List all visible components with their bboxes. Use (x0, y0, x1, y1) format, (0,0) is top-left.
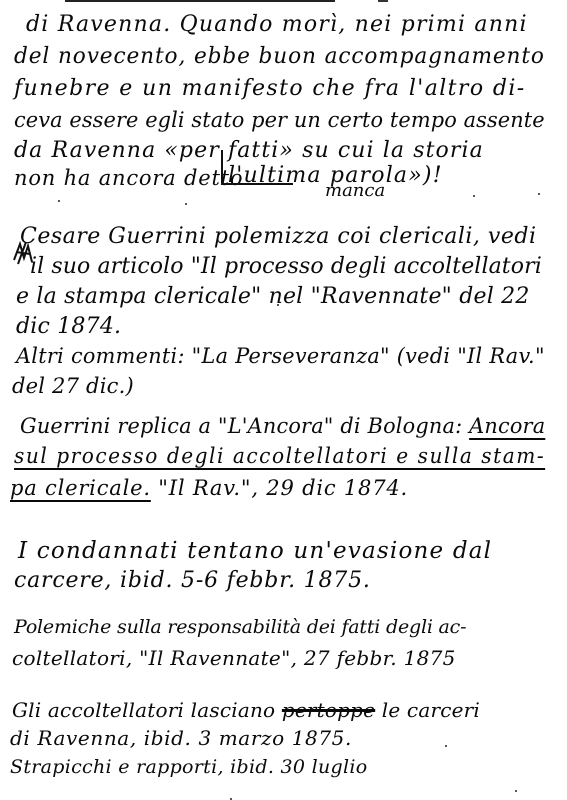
scan-speck (538, 193, 540, 195)
underlined-title: Ancora (469, 414, 545, 438)
manuscript-line: Strapicchi e rapporti, ibid. 30 luglio (10, 758, 368, 777)
underlined-title: sul processo degli accoltellatori e sull… (14, 446, 545, 467)
manuscript-line: Guerrini replica a "L'Ancora" di Bologna… (20, 416, 545, 437)
text-segment: "Il Rav.", 29 dic 1874. (151, 476, 408, 500)
manuscript-line: pa clericale. "Il Rav.", 29 dic 1874. (10, 478, 408, 499)
manuscript-line: il suo articolo "Il processo degli accol… (30, 256, 542, 278)
text-segment: le carceri (375, 698, 480, 722)
manuscript-line: e la stampa clericale" nel "Ravennate" d… (16, 286, 530, 308)
manuscript-line: Polemiche sulla responsabilità dei fatti… (14, 618, 466, 637)
cropped-rule-mark (378, 0, 388, 2)
scan-speck (58, 200, 60, 202)
manuscript-line: Cesare Guerrini polemizza coi clericali,… (20, 226, 536, 248)
manuscript-line: funebre e un manifesto che fra l'altro d… (14, 78, 526, 100)
manuscript-line: dic 1874. (16, 316, 121, 338)
underlined-title: pa clericale. (10, 476, 151, 500)
manuscript-line: di Ravenna. Quando morì, nei primi anni (26, 14, 528, 36)
scan-speck (515, 790, 517, 792)
manuscript-line: di Ravenna, ibid. 3 marzo 1875. (10, 728, 352, 748)
scan-speck (445, 745, 447, 747)
scan-speck (185, 203, 187, 205)
manuscript-line: Gli accoltellatori lasciano pertoppe le … (12, 700, 480, 720)
crossed-out-word: pertoppe (282, 698, 375, 722)
manuscript-line: del novecento, ebbe buon accompagnamento (14, 46, 545, 68)
manuscript-line: Altri commenti: "La Perseveranza" (vedi … (16, 346, 545, 367)
manuscript-line: non ha ancora detto (14, 168, 243, 189)
insertion-box-bottom (221, 183, 293, 185)
cropped-rule-top (65, 0, 335, 2)
manuscript-line: da Ravenna «per fatti» su cui la storia (14, 140, 484, 162)
scan-speck (473, 195, 475, 197)
text-segment: Guerrini replica a "L'Ancora" di Bologna… (20, 414, 469, 438)
insertion-box-left (221, 150, 223, 184)
manuscript-line: del 27 dic.) (12, 376, 134, 397)
manuscript-line: ceva essere egli stato per un certo temp… (14, 110, 545, 131)
manuscript-line: I condannati tentano un'evasione dal (18, 540, 492, 563)
margin-note: manca (325, 180, 385, 201)
manuscript-line: carcere, ibid. 5-6 febbr. 1875. (14, 570, 371, 592)
scan-speck (277, 304, 279, 306)
manuscript-line: coltellatori, "Il Ravennate", 27 febbr. … (12, 648, 456, 668)
text-segment: Gli accoltellatori lasciano (12, 698, 282, 722)
